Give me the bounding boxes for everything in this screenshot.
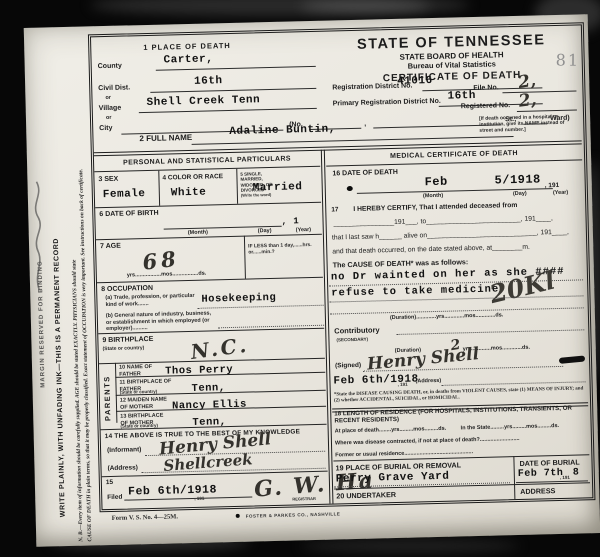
row-rule <box>95 202 321 209</box>
civil-dist-value: 16th <box>194 76 223 88</box>
birthplace-value-handwriting: N.C. <box>190 335 251 362</box>
marital-value: Married <box>253 182 303 194</box>
residence-contracted: Where was disease contracted, if not at … <box>335 436 520 447</box>
registered-no-label: Registered No. <box>461 102 511 111</box>
occupation-label: 8 OCCUPATION <box>101 285 153 294</box>
dotted-line <box>396 328 584 335</box>
civil-dist-label: Civil Dist. <box>98 84 130 93</box>
secondary-label: (SECONDARY) <box>336 337 368 343</box>
full-name-value: Adaline Buntin, <box>229 124 336 138</box>
informant-label: (Informant) <box>107 446 141 454</box>
residence-in-state: In the State.........yrs.........mos....… <box>461 423 560 432</box>
printer-bullet <box>236 514 240 518</box>
occupation-b-label: (b) General nature of industry, business… <box>106 310 216 332</box>
scan-noise <box>300 540 520 552</box>
village-label: Village <box>99 105 122 113</box>
city-label: City <box>99 125 112 133</box>
dob-year-label: (Year) <box>296 227 311 234</box>
occupation-a-value: Hosekeeping <box>201 293 276 305</box>
scan-noise <box>300 0 430 12</box>
form-number: Form V. S. No. 4—25M. <box>112 513 178 522</box>
sex-value: Female <box>103 189 146 201</box>
parents-cell-divider <box>115 363 117 423</box>
dod-year-prefix: , 191 <box>545 182 560 190</box>
margin-scribble-handwriting <box>29 178 46 298</box>
burial-date-value: Feb 7th <box>518 469 564 480</box>
item-17-number: 17 <box>331 206 338 213</box>
duration-1-label: (Duration).............yrs.............m… <box>390 312 504 321</box>
undertaker-label: 20 UNDERTAKER <box>336 491 396 501</box>
file-no-label: File No. <box>473 84 498 92</box>
signed-year-label: , 191 <box>398 382 408 388</box>
registered-no-value-handwriting: 2, <box>518 92 538 111</box>
sex-label: 3 SEX <box>98 176 118 184</box>
cell-divider <box>236 169 238 204</box>
certify-text-4: and that death occurred, on the date sta… <box>332 244 530 256</box>
cell-divider <box>158 171 160 206</box>
contributory-label: Contributory <box>334 326 380 335</box>
date-of-death-label: 16 DATE OF DEATH <box>332 169 398 178</box>
date-of-death-day: 5/1918 <box>494 173 540 186</box>
scanned-death-certificate: MARGIN RESERVED FOR BINDING WRITE PLAINL… <box>0 0 600 557</box>
place-of-death-heading: 1 PLACE OF DEATH <box>143 42 231 53</box>
row-rule <box>96 234 322 241</box>
hospital-note: [If death occurred in a hospital or inst… <box>479 113 579 133</box>
file-no-line <box>502 89 576 93</box>
filed-label: Filed <box>107 494 122 502</box>
registration-district-value: 41016 <box>397 76 433 88</box>
parents-label: PARENTS <box>102 367 112 421</box>
registrar-label: REGISTRAR <box>292 497 316 502</box>
age-label: 7 AGE <box>100 243 121 251</box>
race-label: 4 COLOR OR RACE <box>162 173 223 182</box>
burial-cell-divider <box>513 456 515 499</box>
certify-text-2: ________________191___, to______________… <box>334 215 553 228</box>
certificate-form: 1 PLACE OF DEATH County Carter, Civil Di… <box>88 22 596 512</box>
cell-divider <box>244 236 246 279</box>
dod-year-label: (Year) <box>553 190 568 197</box>
street-comma: , <box>364 121 366 129</box>
residence-at-place: At place of death........yrs.........mos… <box>335 426 447 435</box>
or-label-2: or <box>106 115 112 121</box>
dod-day-label: (Day) <box>513 191 527 198</box>
civil-dist-line <box>150 87 316 93</box>
certify-text-3: that I last saw h______ alive on________… <box>332 229 569 242</box>
dod-month-label: (Month) <box>423 193 443 200</box>
date-of-death-month: Feb <box>424 176 447 189</box>
dob-day-label: (Day) <box>258 228 272 235</box>
burial-year-digit: 8 <box>573 469 580 479</box>
item-15-number: 15 <box>106 479 113 486</box>
registered-no-line <box>517 108 577 111</box>
county-label: County <box>98 63 122 71</box>
signed-label: (Signed) <box>335 362 361 370</box>
primary-district-label: Primary Registration District No. <box>333 98 441 108</box>
printer-imprint: FOSTER & PARKES CO., NASHVILLE <box>246 511 341 519</box>
ink-dot <box>347 186 353 191</box>
margin-permanent-note: WRITE PLAINLY, WITH UNFADING INK—THIS IS… <box>51 147 67 517</box>
village-value: Shell Creek Tenn <box>146 95 260 109</box>
dob-year-prefix: , 1 <box>281 217 299 226</box>
dob-month-label: (Month) <box>188 230 208 237</box>
occupation-a-label: (a) Trade, profession, or particular kin… <box>105 293 197 308</box>
undertaker-address-label: ADDRESS <box>520 487 555 496</box>
age-units: yrs.................mos.................… <box>127 271 207 279</box>
if-less-note: IF LESS than 1 day,......hrs. or......mi… <box>248 242 312 256</box>
full-name-label: 2 FULL NAME <box>139 134 192 144</box>
signed-address-label: (Address) <box>415 378 441 385</box>
age-value-handwriting: 68 <box>141 248 180 273</box>
informant-address-label: (Address) <box>107 464 138 472</box>
dotted-line <box>442 380 586 386</box>
cause-footnote: *State the DISEASE CAUSING DEATH, or, in… <box>334 386 584 404</box>
certificate-paper: MARGIN RESERVED FOR BINDING WRITE PLAINL… <box>24 14 600 547</box>
ink-smear <box>559 355 585 363</box>
primary-district-value: 16th <box>447 91 476 103</box>
race-value: White <box>171 188 207 200</box>
certify-text-1: I HEREBY CERTIFY, That I attended deceas… <box>353 202 517 214</box>
birthplace-note: (State or country) <box>103 345 145 352</box>
burial-date-label: DATE OF BURIAL <box>519 459 579 469</box>
birthplace-label: 9 BIRTHPLACE <box>102 336 153 345</box>
county-value: Carter, <box>163 54 213 66</box>
or-label-1: or <box>105 95 111 101</box>
dob-label: 6 DATE OF BIRTH <box>99 210 159 219</box>
